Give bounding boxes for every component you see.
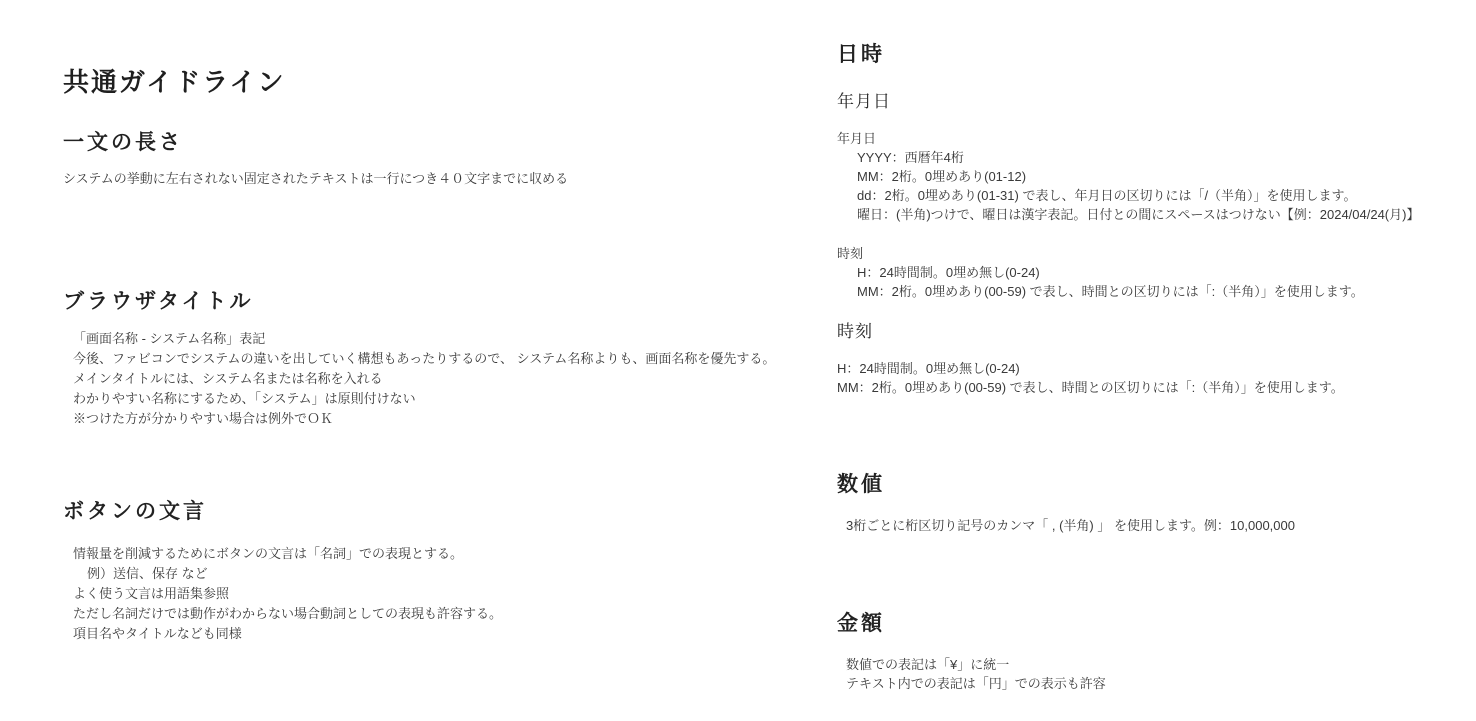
text-line: メインタイトルには、システム名または名称を入れる bbox=[63, 369, 775, 389]
text-line: YYYY：西暦年4桁 bbox=[837, 148, 1419, 167]
text-line: 例）送信、保存 など bbox=[63, 564, 502, 584]
text-line: わかりやすい名称にするため、「システム」は原則付けない bbox=[63, 389, 775, 409]
text-line: テキスト内での表記は「円」での表示も許容 bbox=[837, 674, 1106, 693]
numeric-body: 3桁ごとに桁区切り記号のカンマ「 , (半角) 」 を使用します。例：10,00… bbox=[837, 516, 1295, 536]
ymd-label: 年月日 bbox=[837, 129, 1419, 148]
ymd-rule-block: 年月日 YYYY：西暦年4桁 MM：2桁。0埋めあり(01-12) dd：2桁。… bbox=[837, 129, 1419, 224]
heading-numeric: 数値 bbox=[837, 468, 885, 498]
text-line: 「画面名称 - システム名称」表記 bbox=[63, 329, 775, 349]
text-line: 曜日：(半角)つけで、曜日は漢字表記。日付との間にスペースはつけない【例：202… bbox=[837, 205, 1419, 224]
time-label: 時刻 bbox=[837, 244, 1364, 263]
text-line: H：24時間制。0埋め無し(0-24) bbox=[837, 359, 1344, 378]
heading-ymd: 年月日 bbox=[837, 87, 891, 112]
text-line: MM：2桁。0埋めあり(00-59) で表し、時間との区切りには「:（半角）」を… bbox=[837, 378, 1344, 397]
button-wording-body: 情報量を削減するためにボタンの文言は「名詞」での表現とする。 例）送信、保存 な… bbox=[63, 544, 502, 644]
text-line: 3桁ごとに桁区切り記号のカンマ「 , (半角) 」 を使用します。例：10,00… bbox=[837, 516, 1295, 536]
text-line: 情報量を削減するためにボタンの文言は「名詞」での表現とする。 bbox=[63, 544, 502, 564]
text-line: 項目名やタイトルなども同様 bbox=[63, 624, 502, 644]
browser-title-body: 「画面名称 - システム名称」表記 今後、ファビコンでシステムの違いを出していく… bbox=[63, 329, 775, 429]
heading-time: 時刻 bbox=[837, 317, 873, 342]
time-body: H：24時間制。0埋め無し(0-24) MM：2桁。0埋めあり(00-59) で… bbox=[837, 359, 1344, 397]
text-line: 数値での表記は「¥」に統一 bbox=[837, 655, 1106, 674]
text-line: MM：2桁。0埋めあり(00-59) で表し、時間との区切りには「:（半角）」を… bbox=[837, 282, 1364, 301]
text-line: 今後、ファビコンでシステムの違いを出していく構想もあったりするので、 システム名… bbox=[63, 349, 775, 369]
heading-button-wording: ボタンの文言 bbox=[63, 495, 207, 525]
text-line: よく使う文言は用語集参照 bbox=[63, 584, 502, 604]
amount-body: 数値での表記は「¥」に統一 テキスト内での表記は「円」での表示も許容 bbox=[837, 655, 1106, 693]
heading-browser-title: ブラウザタイトル bbox=[63, 285, 254, 315]
sentence-length-body: システムの挙動に左右されない固定されたテキストは一行につき４０文字までに収める bbox=[63, 169, 568, 189]
text-line: MM：2桁。0埋めあり(01-12) bbox=[837, 167, 1419, 186]
text-line: H：24時間制。0埋め無し(0-24) bbox=[837, 263, 1364, 282]
guideline-document-page: 共通ガイドライン 一文の長さ システムの挙動に左右されない固定されたテキストは一… bbox=[0, 0, 1476, 721]
heading-sentence-length: 一文の長さ bbox=[63, 126, 183, 156]
heading-datetime: 日時 bbox=[837, 38, 885, 68]
text-line: dd：2桁。0埋めあり(01-31) で表し、年月日の区切りには「/（半角）」を… bbox=[837, 186, 1419, 205]
heading-amount: 金額 bbox=[837, 607, 885, 637]
page-title: 共通ガイドライン bbox=[63, 62, 285, 99]
text-line: システムの挙動に左右されない固定されたテキストは一行につき４０文字までに収める bbox=[63, 169, 568, 189]
text-line: ただし名詞だけでは動作がわからない場合動詞としての表現も許容する。 bbox=[63, 604, 502, 624]
time-rule-block: 時刻 H：24時間制。0埋め無し(0-24) MM：2桁。0埋めあり(00-59… bbox=[837, 244, 1364, 301]
text-line: ※つけた方が分かりやすい場合は例外でＯＫ bbox=[63, 409, 775, 429]
